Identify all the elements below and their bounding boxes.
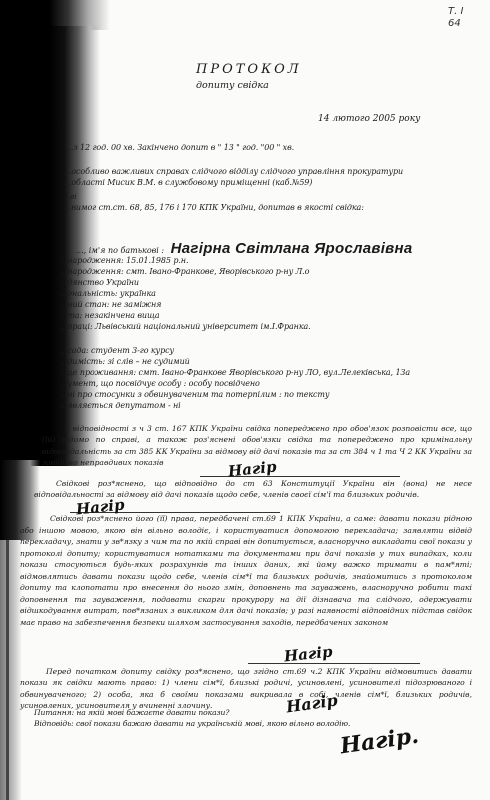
investigator-line-3: ...ві — [64, 193, 77, 201]
answer-language: Відповідь: свої покази бажаю давати на у… — [34, 719, 350, 728]
signature-line-3 — [248, 663, 420, 664]
witness-field-citizenship: ...дянство України — [60, 278, 139, 287]
page-edge-line — [6, 540, 9, 800]
scan-shadow-top — [0, 0, 110, 30]
corner-mark-page: 64 — [448, 18, 463, 30]
corner-mark-volume: Т. І — [448, 6, 463, 18]
document-subtitle: допиту свідка — [196, 80, 269, 91]
witness-field-education: ...та: незакінчена вища — [60, 311, 160, 320]
document-date: 14 лютого 2005 року — [318, 114, 420, 124]
paragraph-rights: Свідкові роз*яснено його (її) права, пер… — [20, 513, 472, 628]
witness-field-relations: ...ні про стосунки з обвинуваченим та по… — [60, 390, 329, 399]
witness-field-workplace: ...праці: Львівський національний універ… — [60, 322, 311, 331]
witness-field-birthdate: ...народження: 15.01.1985 р.н. — [60, 256, 188, 265]
timing-line: ...з 12 год. 00 хв. Закінчено допит в " … — [66, 143, 294, 152]
investigator-line-4: ...вимог ст.ст. 68, 85, 176 і 170 КПК Ук… — [64, 203, 364, 212]
witness-field-id-document: ...умент, що посвідчує особу : особу пос… — [60, 379, 260, 388]
archive-corner-marks: Т. І 64 — [448, 6, 463, 30]
witness-field-address: ...це проживання: смт. Івано-Франкове Яв… — [60, 368, 410, 377]
scan-shadow-low — [0, 540, 22, 800]
document-title: ПРОТОКОЛ — [196, 62, 302, 77]
witness-name-label: ..., ім'я по батькові : — [76, 246, 164, 255]
question-language: Питання: на якій мові бажаєте давати пок… — [34, 708, 229, 717]
investigator-line-1: ...особливо важливих справах слідчого ві… — [64, 167, 403, 176]
witness-field-nationality: ...ональність: українка — [60, 289, 156, 298]
witness-field-criminal-record: ...димість: зі слів – не судимий — [60, 357, 190, 366]
witness-name-row: ..., ім'я по батькові : Нагірна Світлана… — [76, 240, 413, 257]
investigator-line-2: ...області Мисик В.М. в службовому примі… — [64, 178, 312, 187]
witness-field-deputy: ...являється депутатом - ні — [60, 401, 181, 410]
witness-name: Нагірна Світлана Ярославівна — [171, 240, 413, 257]
witness-field-birthplace: ...народження: смт. Івано-Франкове, Явор… — [60, 267, 309, 276]
witness-final-signature: Нагір. — [339, 723, 421, 760]
paragraph-refusal-right: Перед початком допиту свідку роз*яснено,… — [20, 666, 472, 711]
witness-field-position: ...сада: студент 3-го курсу — [60, 346, 174, 355]
witness-field-marital: ...ний стан: не заміжня — [60, 300, 161, 309]
